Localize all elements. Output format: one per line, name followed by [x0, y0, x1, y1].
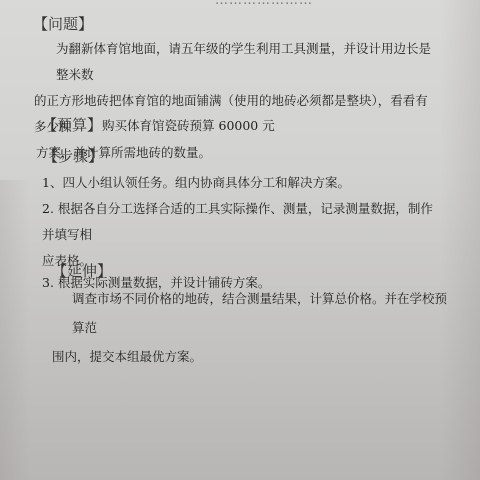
problem-heading: 【问题】 [33, 13, 93, 34]
extension-heading: 【延伸】 [52, 260, 112, 281]
extension-line-2: 围内，提交本组最优方案。 [52, 342, 447, 371]
page-shadow-right [440, 0, 480, 480]
document-title-partial: ………………… [215, 0, 313, 8]
budget-text: 购买体育馆瓷砖预算 60000 元 [102, 118, 275, 133]
steps-heading: 【步骤】 [43, 145, 103, 166]
page-shadow-left [0, 180, 30, 480]
step-item: 1、四人小组认领任务。组内协商具体分工和解决方案。 [42, 170, 442, 196]
problem-line-1: 为翻新体育馆地面，请五年级的学生利用工具测量，并设计用边长是整米数 [34, 36, 434, 88]
budget-section: 【预算】购买体育馆瓷砖预算 60000 元 [42, 114, 275, 135]
step-item: 2. 根据各自分工选择合适的工具实际操作、测量，记录测量数据，制作并填写相 [42, 196, 442, 248]
budget-heading: 【预算】 [42, 116, 102, 134]
extension-text: 调查市场不同价格的地砖，结合测量结果，计算总价格。并在学校预算范 围内，提交本组… [52, 284, 447, 371]
extension-line-1: 调查市场不同价格的地砖，结合测量结果，计算总价格。并在学校预算范 [52, 284, 447, 342]
